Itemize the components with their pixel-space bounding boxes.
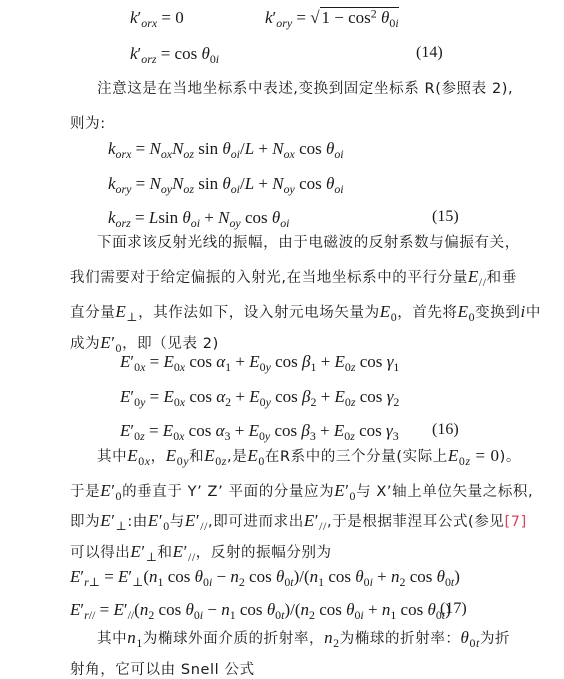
equation-15-line3: korz = Lsin θoi + Noy cos θoi	[108, 208, 289, 228]
equation-17-line1: E′r⊥ = E′⊥(n1 cos θ0i − n2 cos θ0t)/(n1 …	[70, 567, 460, 587]
equation-16-line2: E′0y = E0x cos α2 + E0y cos β2 + E0z cos…	[120, 387, 399, 407]
equation-15-line1: korx = NoxNoz sin θoi/L + Nox cos θoi	[108, 139, 344, 159]
paragraph-3-line4: 可以得出E′⊥和E′//，反射的振幅分别为	[70, 542, 332, 563]
equation-number-14: (14)	[416, 44, 443, 62]
equation-16-line1: E′0x = E0x cos α1 + E0y cos β1 + E0z cos…	[120, 352, 399, 372]
paragraph-2-line2: 我们需要对于给定偏振的入射光,在当地坐标系中的平行分量E//和垂	[70, 267, 517, 288]
paragraph-3-line1: 其中E0x，E0y和E0z,是E0在R系中的三个分量(实际上E0z = 0)。	[97, 446, 521, 467]
paragraph-2-line3: 直分量E⊥，其作法如下，设入射元电场矢量为E0，首先将E0变换到i中	[70, 302, 541, 323]
equation-number-17: (17)	[440, 600, 467, 618]
equation-17-line2: E′r// = E′//(n2 cos θ0i − n1 cos θ0t)/(n…	[70, 600, 451, 620]
paragraph-3-line3: 即为E′⊥:由E′0与E′//,即可进而求出E′//,于是根据菲涅耳公式(参见[…	[70, 511, 527, 532]
paragraph-2-line4: 成为E′0，即（见表 2)	[70, 333, 219, 354]
equation-14-line2: k′orz = cos θ0i	[130, 44, 219, 64]
equation-14-line1-right: k′ory = √1 − cos2 θ0i	[265, 8, 399, 28]
reference-link-7[interactable]: [7]	[505, 514, 527, 530]
equation-16-line3: E′0z = E0x cos α3 + E0y cos β3 + E0z cos…	[120, 421, 399, 441]
paragraph-2-line1: 下面求该反射光线的振幅，由于电磁波的反射系数与偏振有关，	[97, 233, 520, 253]
paragraph-3-line2: 于是E′0的垂直于 Y’ Z’ 平面的分量应为E′0与 X’轴上单位矢量之标积,	[70, 481, 533, 502]
paragraph-1-line2: 则为:	[70, 114, 106, 134]
paragraph-1-line1: 注意这是在当地坐标系中表述,变换到固定坐标系 R(参照表 2),	[97, 79, 513, 99]
equation-14-line1-left: k′orx = 0	[130, 8, 184, 28]
paragraph-4-line2: 射角，它可以由 Snell 公式	[70, 660, 255, 679]
equation-number-15: (15)	[432, 208, 459, 226]
paragraph-4-line1: 其中n1为椭球外面介质的折射率，n2为椭球的折射率：θ0t为折	[97, 628, 510, 649]
equation-number-16: (16)	[432, 421, 459, 439]
equation-15-line2: kory = NoyNoz sin θoi/L + Noy cos θoi	[108, 174, 344, 194]
